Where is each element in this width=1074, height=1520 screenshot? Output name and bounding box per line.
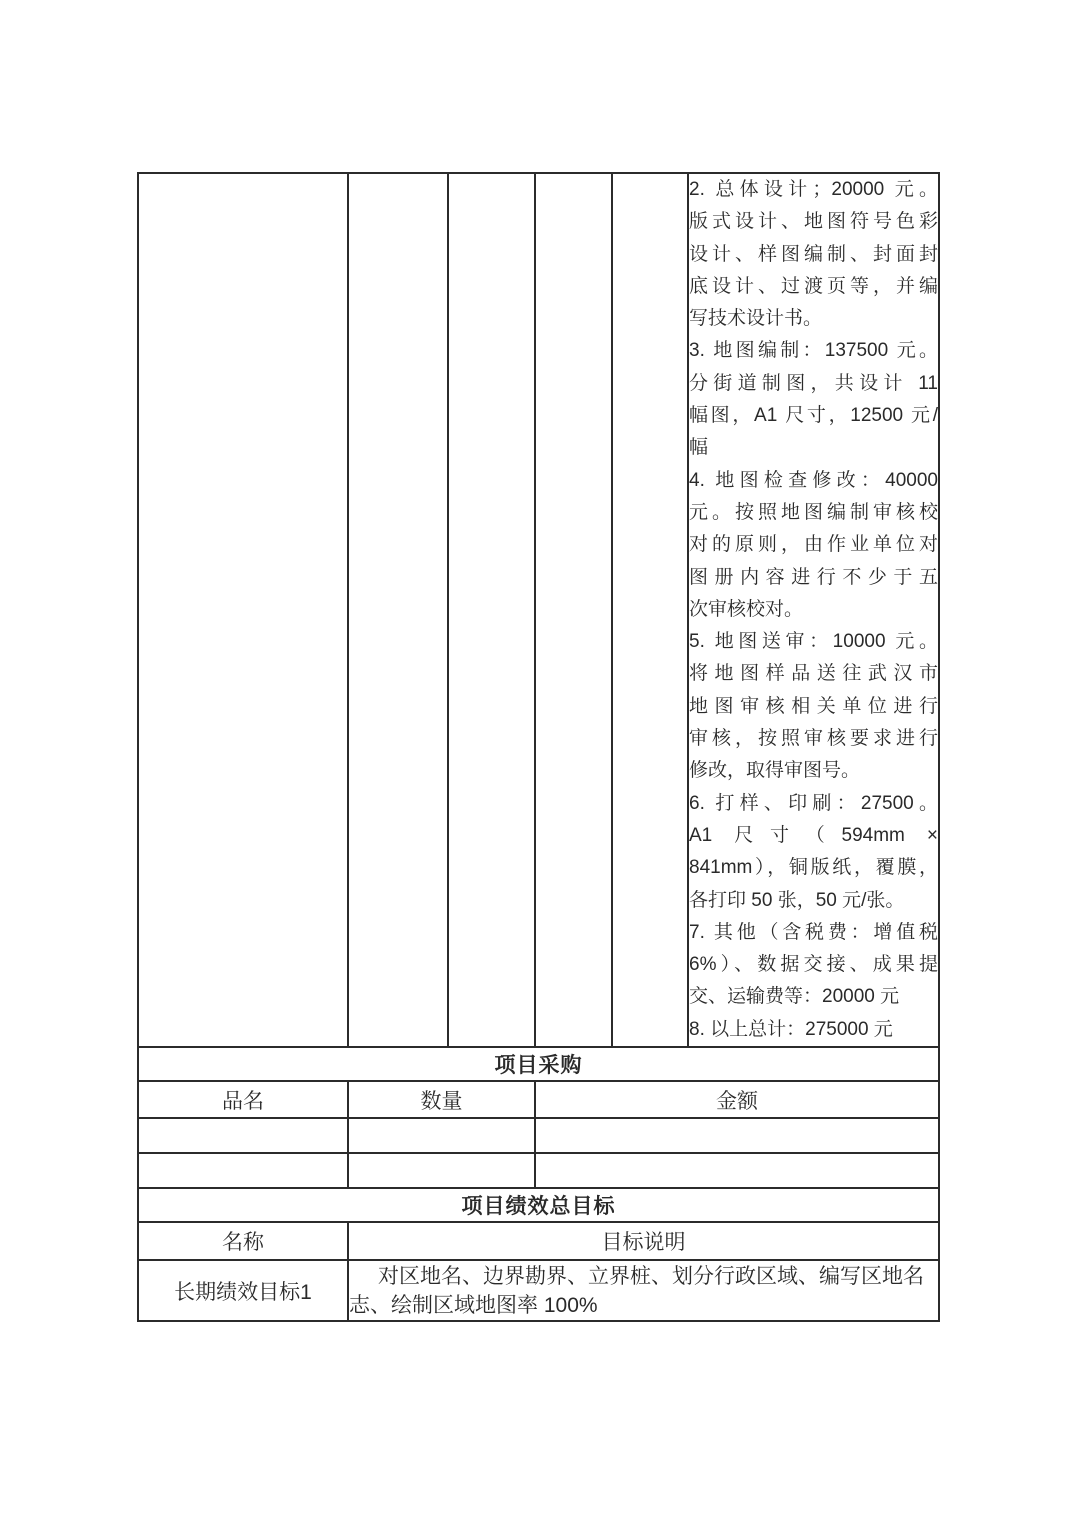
- budget-line: A1 尺寸（594mm ×: [689, 820, 938, 852]
- col-header-goal-name: 名称: [138, 1222, 348, 1260]
- budget-line: 对的原则，由作业单位对: [689, 529, 938, 561]
- budget-line: 幅: [689, 432, 938, 464]
- procurement-header-row: 品名 数量 金额: [138, 1081, 939, 1118]
- procurement-row: [138, 1153, 939, 1188]
- budget-line: 地图审核相关单位进行: [689, 691, 938, 723]
- procurement-cell-amount: [535, 1118, 939, 1153]
- budget-detail-lines: 2. 总体设计；20000 元。版式设计、地图符号色彩设计、样图编制、封面封底设…: [689, 174, 938, 1046]
- budget-line: 6%）、数据交接、成果提: [689, 949, 938, 981]
- table-cell-empty: [612, 173, 688, 1047]
- budget-line: 图册内容进行不少于五: [689, 562, 938, 594]
- procurement-cell-product: [138, 1153, 348, 1188]
- procurement-cell-quantity: [348, 1118, 535, 1153]
- budget-line: 交、运输费等：20000 元: [689, 981, 938, 1013]
- budget-table: 2. 总体设计；20000 元。版式设计、地图符号色彩设计、样图编制、封面封底设…: [137, 172, 940, 1322]
- budget-line: 幅图，A1 尺寸，12500 元/: [689, 400, 938, 432]
- budget-line: 元。按照地图编制审核校: [689, 497, 938, 529]
- procurement-section-title: 项目采购: [138, 1047, 939, 1081]
- procurement-cell-amount: [535, 1153, 939, 1188]
- performance-goal-row: 长期绩效目标1 对区地名、边界勘界、立界桩、划分行政区域、编写区地名志、绘制区域…: [138, 1260, 939, 1321]
- budget-line: 次审核校对。: [689, 594, 938, 626]
- col-header-quantity: 数量: [348, 1081, 535, 1118]
- performance-section-title: 项目绩效总目标: [138, 1188, 939, 1222]
- budget-line: 2. 总体设计；20000 元。: [689, 174, 938, 206]
- procurement-cell-quantity: [348, 1153, 535, 1188]
- table-cell-empty: [348, 173, 448, 1047]
- budget-line: 将地图样品送往武汉市: [689, 658, 938, 690]
- budget-line: 7. 其他（含税费：增值税: [689, 917, 938, 949]
- table-row-performance-title: 项目绩效总目标: [138, 1188, 939, 1222]
- performance-header-row: 名称 目标说明: [138, 1222, 939, 1260]
- table-row-procurement-title: 项目采购: [138, 1047, 939, 1081]
- budget-line: 841mm），铜版纸，覆膜，: [689, 852, 938, 884]
- procurement-cell-product: [138, 1118, 348, 1153]
- goal-description-cell: 对区地名、边界勘界、立界桩、划分行政区域、编写区地名志、绘制区域地图率 100%: [348, 1260, 939, 1321]
- budget-line: 写技术设计书。: [689, 303, 938, 335]
- table-cell-empty: [535, 173, 612, 1047]
- table-cell-empty: [448, 173, 535, 1047]
- goal-name-cell: 长期绩效目标1: [138, 1260, 348, 1321]
- table-row-continuation: 2. 总体设计；20000 元。版式设计、地图符号色彩设计、样图编制、封面封底设…: [138, 173, 939, 1047]
- budget-line: 分街道制图，共设计 11: [689, 368, 938, 400]
- col-header-product-name: 品名: [138, 1081, 348, 1118]
- budget-line: 3. 地图编制：137500 元。: [689, 335, 938, 367]
- budget-line: 版式设计、地图符号色彩: [689, 206, 938, 238]
- budget-line: 6. 打样、印刷：27500。: [689, 788, 938, 820]
- budget-line: 8. 以上总计：275000 元: [689, 1014, 938, 1046]
- procurement-row: [138, 1118, 939, 1153]
- budget-detail-cell: 2. 总体设计；20000 元。版式设计、地图符号色彩设计、样图编制、封面封底设…: [688, 173, 939, 1047]
- budget-line: 4. 地图检查修改：40000: [689, 465, 938, 497]
- budget-line: 底设计、过渡页等，并编: [689, 271, 938, 303]
- budget-line: 各打印 50 张，50 元/张。: [689, 885, 938, 917]
- col-header-goal-description: 目标说明: [348, 1222, 939, 1260]
- document-page: 2. 总体设计；20000 元。版式设计、地图符号色彩设计、样图编制、封面封底设…: [0, 0, 1074, 1520]
- budget-line: 审核，按照审核要求进行: [689, 723, 938, 755]
- budget-line: 5. 地图送审：10000 元。: [689, 626, 938, 658]
- budget-line: 设计、样图编制、封面封: [689, 239, 938, 271]
- col-header-amount: 金额: [535, 1081, 939, 1118]
- budget-line: 修改，取得审图号。: [689, 755, 938, 787]
- table-cell-empty: [138, 173, 348, 1047]
